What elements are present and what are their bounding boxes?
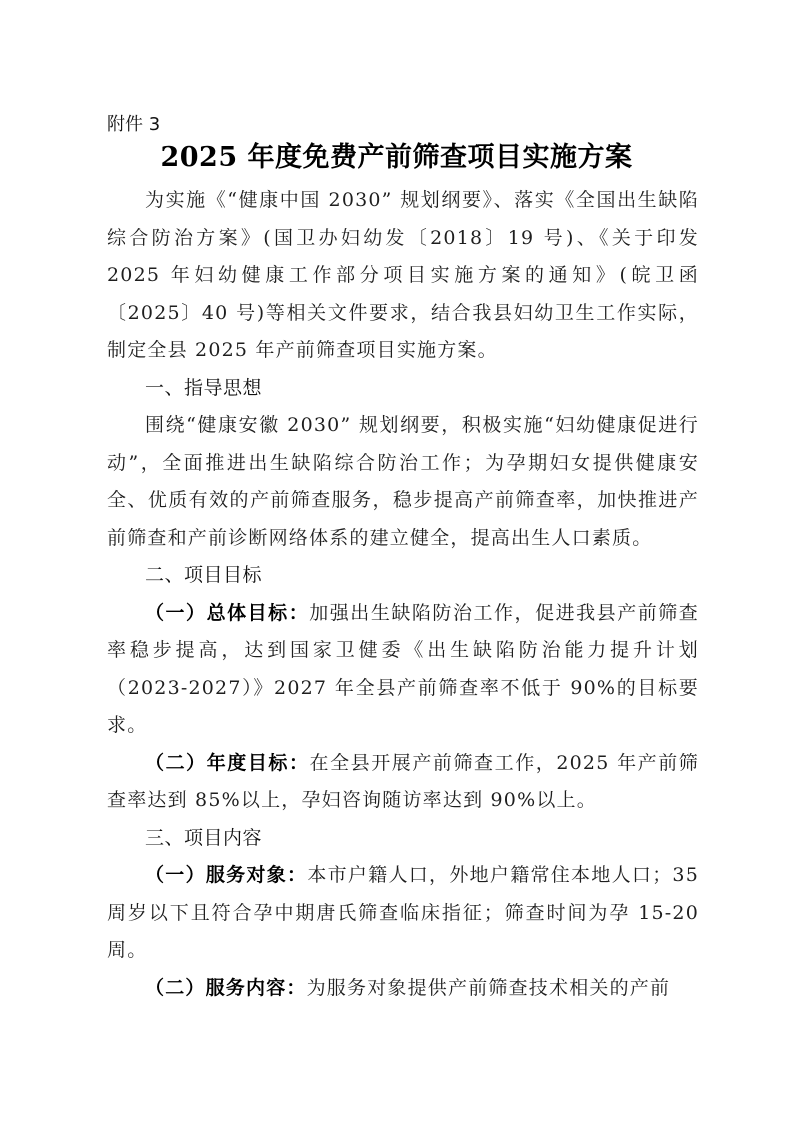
annual-goal-lead: （二）年度目标： [145,752,310,774]
service-content-text: 为服务对象提供产前筛查技术相关的产前 [307,977,671,999]
guiding-ideology-paragraph: 围绕“健康安徽 2030” 规划纲要，积极实施“妇幼健康促进行动”，全面推进出生… [107,407,699,557]
section-heading-project-goals: 二、项目目标 [107,557,699,595]
service-content-paragraph: （二）服务内容：为服务对象提供产前筛查技术相关的产前 [107,970,699,1008]
service-target-lead: （一）服务对象： [145,864,307,886]
document-body: 为实施《“健康中国 2030” 规划纲要》、落实《全国出生缺陷综合防治方案》(国… [107,182,699,1007]
section-heading-project-content: 三、项目内容 [107,820,699,858]
overall-goal-paragraph: （一）总体目标：加强出生缺陷防治工作，促进我县产前筛查率稳步提高，达到国家卫健委… [107,595,699,745]
attachment-label: 附件 3 [107,113,160,137]
intro-paragraph: 为实施《“健康中国 2030” 规划纲要》、落实《全国出生缺陷综合防治方案》(国… [107,182,699,370]
service-content-lead: （二）服务内容： [145,977,307,999]
section-heading-guiding-ideology: 一、指导思想 [107,370,699,408]
document-page: 附件 3 2025 年度免费产前筛查项目实施方案 为实施《“健康中国 2030”… [0,0,793,1122]
service-target-paragraph: （一）服务对象：本市户籍人口，外地户籍常住本地人口；35 周岁以下且符合孕中期唐… [107,857,699,970]
overall-goal-lead: （一）总体目标： [145,602,309,624]
document-title: 2025 年度免费产前筛查项目实施方案 [0,140,793,176]
annual-goal-paragraph: （二）年度目标：在全县开展产前筛查工作，2025 年产前筛查率达到 85%以上，… [107,745,699,820]
